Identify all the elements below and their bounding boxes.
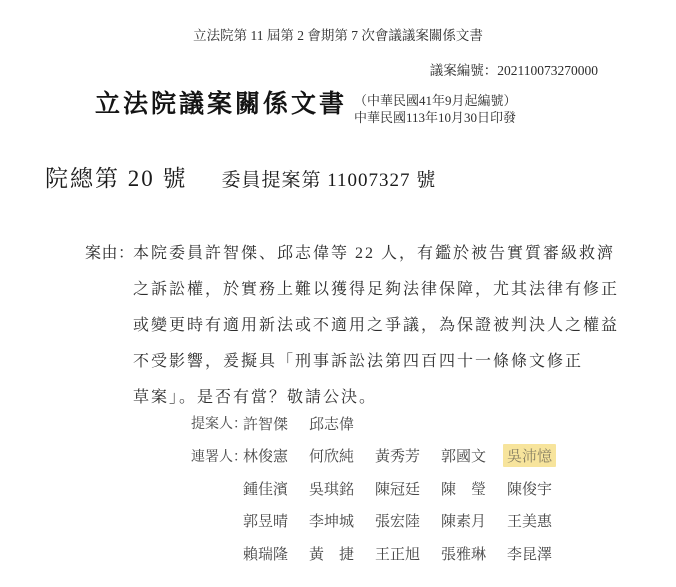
- cosigners-row: 連署人： 林俊憲 何欣純 黃秀芳 郭國文 吳沛憶: [191, 440, 577, 473]
- title-row: 立法院議案關係文書 （中華民國41年9月起編號） 中華民國113年10月30日印…: [95, 89, 517, 126]
- proposer-name: 許智傑: [243, 413, 288, 434]
- case-summary-line: 或變更時有適用新法或不適用之爭議，為保證被判決人之權益: [133, 308, 619, 344]
- cosigner-name: 陳冠廷: [375, 478, 420, 499]
- cosigner-name: 張宏陸: [375, 510, 420, 531]
- cosigner-name: 郭昱晴: [243, 510, 288, 531]
- title-note: （中華民國41年9月起編號） 中華民國113年10月30日印發: [354, 89, 517, 126]
- case-summary-text: 本院委員許智傑、邱志偉等 22 人，有鑑於被告實質審級救濟 之訴訟權，於實務上難…: [133, 236, 619, 416]
- signers-block: 提案人： 許智傑 邱志偉 連署人： 林俊憲 何欣純 黃秀芳 郭國文 吳沛憶 鍾佳…: [191, 407, 577, 570]
- cosigners-row: 郭昱晴 李坤城 張宏陸 陳素月 王美惠: [191, 505, 577, 538]
- cosigners-label: 連署人：: [191, 446, 243, 466]
- title-note-line1: （中華民國41年9月起編號）: [354, 93, 517, 110]
- case-summary-label: 案由：: [85, 236, 133, 272]
- cosigner-name: 李坤城: [309, 510, 354, 531]
- document-title: 立法院議案關係文書: [95, 89, 347, 122]
- cosigner-name: 何欣純: [309, 445, 354, 466]
- proposers-label: 提案人：: [191, 413, 243, 433]
- cosigner-name: 李昆澤: [507, 543, 552, 564]
- cosigner-name: 黃秀芳: [375, 445, 420, 466]
- legislative-document-page: 立法院第 11 屆第 2 會期第 7 次會議議案關係文書 議案編號：202110…: [0, 0, 676, 587]
- case-summary-line: 本院委員許智傑、邱志偉等 22 人，有鑑於被告實質審級救濟: [133, 236, 619, 272]
- case-summary-line: 之訴訟權，於實務上難以獲得足夠法律保障，尤其法律有修正: [133, 272, 619, 308]
- cosigner-name: 鍾佳濱: [243, 478, 288, 499]
- bill-number-value: 202110073270000: [497, 63, 598, 78]
- cosigner-name: 吳琪銘: [309, 478, 354, 499]
- bill-number-label: 議案編號：: [430, 63, 498, 78]
- case-summary: 案由： 本院委員許智傑、邱志偉等 22 人，有鑑於被告實質審級救濟 之訴訟權，於…: [85, 236, 619, 416]
- cosigners-row: 賴瑞隆 黃 捷 王正旭 張雅琳 李昆澤: [191, 537, 577, 570]
- cosigner-name: 黃 捷: [309, 543, 354, 564]
- cosigner-name: 陳 瑩: [441, 478, 486, 499]
- session-header: 立法院第 11 屆第 2 會期第 7 次會議議案關係文書: [0, 24, 676, 44]
- cosigner-name: 賴瑞隆: [243, 543, 288, 564]
- proposers-row: 提案人： 許智傑 邱志偉: [191, 407, 577, 440]
- cosigner-name: 郭國文: [441, 445, 486, 466]
- highlighted-cosigner-name: 吳沛憶: [503, 444, 556, 467]
- member-proposal-number: 委員提案第 11007327 號: [222, 165, 437, 192]
- case-summary-line: 不受影響，爰擬具「刑事訴訟法第四百四十一條條文修正: [133, 344, 619, 380]
- cosigner-name: 王美惠: [507, 510, 552, 531]
- case-number-row: 院總第 20 號 委員提案第 11007327 號: [45, 160, 436, 193]
- cosigner-name: 林俊憲: [243, 445, 288, 466]
- proposer-name: 邱志偉: [309, 413, 354, 434]
- cosigner-name: 張雅琳: [441, 543, 486, 564]
- cosigner-name: 陳素月: [441, 510, 486, 531]
- cosigner-name: 陳俊宇: [507, 478, 552, 499]
- title-note-line2: 中華民國113年10月30日印發: [354, 110, 517, 127]
- cosigners-row: 鍾佳濱 吳琪銘 陳冠廷 陳 瑩 陳俊宇: [191, 472, 577, 505]
- bill-number-line: 議案編號：202110073270000: [430, 59, 598, 79]
- cosigner-name: 王正旭: [375, 543, 420, 564]
- general-case-number: 院總第 20 號: [45, 160, 188, 193]
